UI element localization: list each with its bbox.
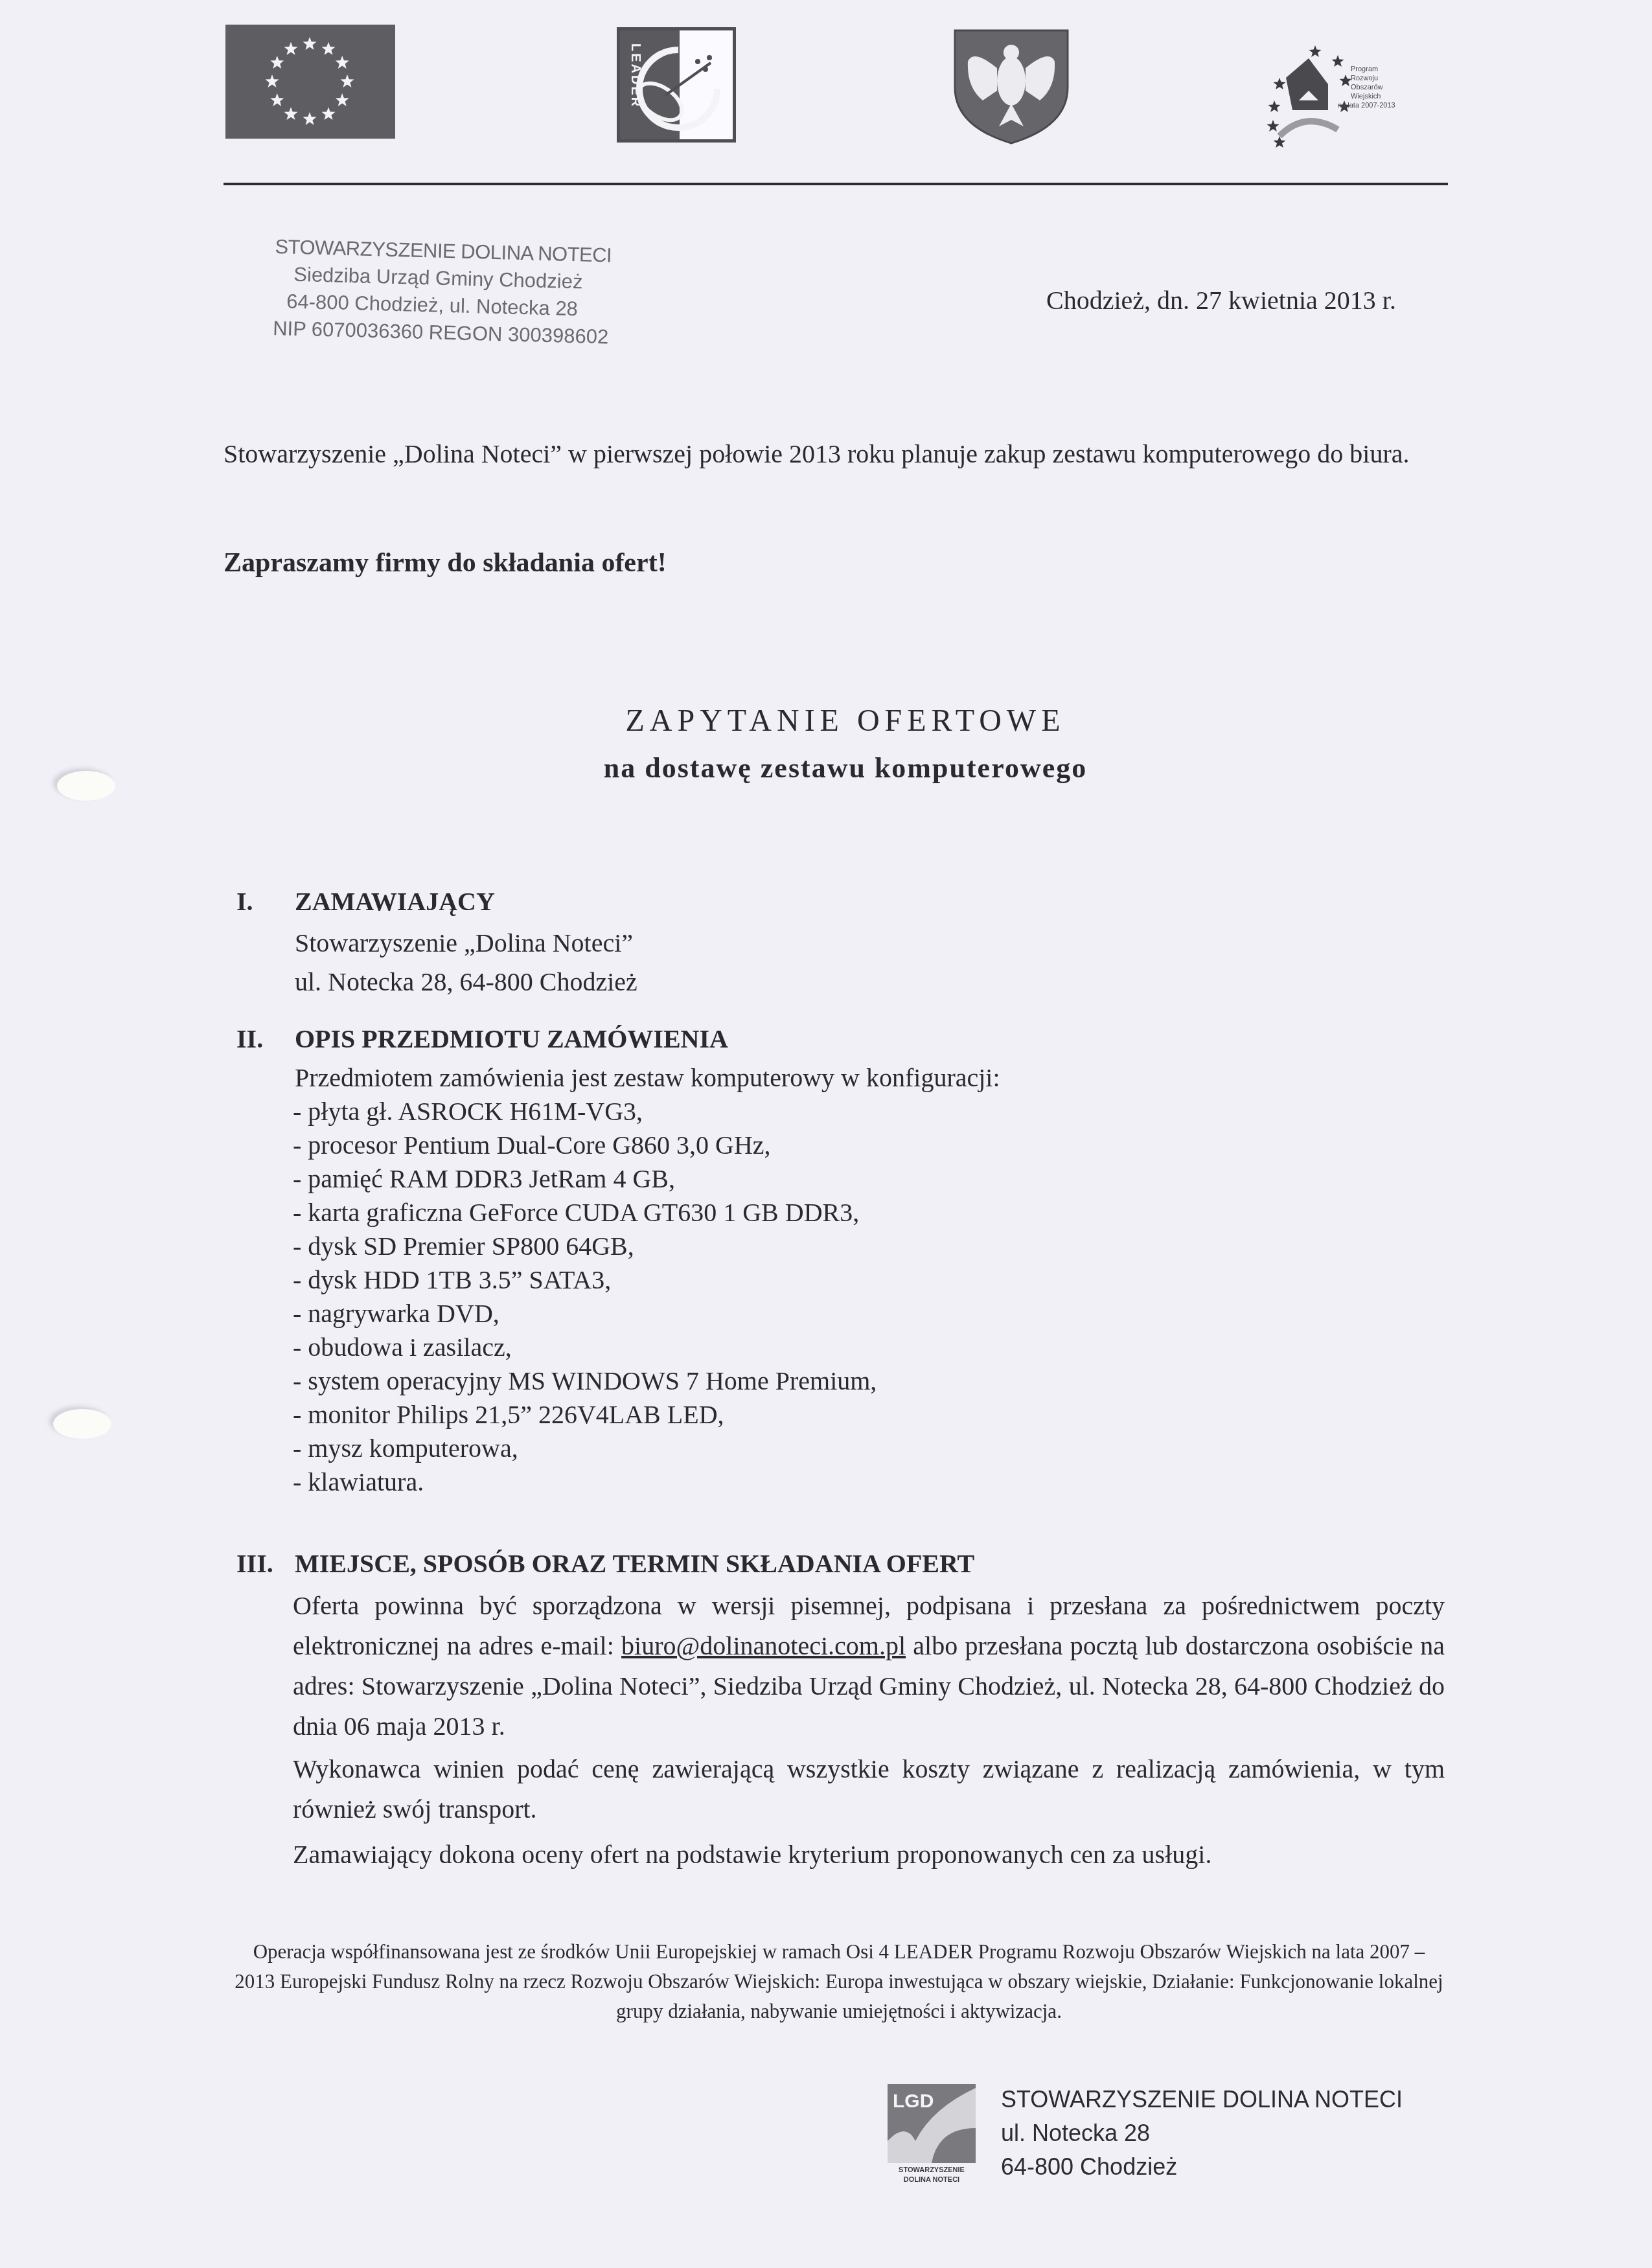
svg-text:LGD: LGD — [893, 2090, 934, 2112]
lgd-emblem-icon: LGD STOWARZYSZENIE DOLINA NOTECI — [886, 2083, 977, 2186]
footer-city: 64-800 Chodzież — [1001, 2150, 1403, 2184]
footer-street: ul. Notecka 28 — [1001, 2116, 1403, 2150]
invitation-text: Zapraszamy firmy do składania ofert! — [224, 547, 667, 578]
header-divider — [224, 183, 1448, 185]
configuration-item: - mysz komputerowa, — [293, 1433, 518, 1463]
prow-logo: Program Rozwoju Obszarów Wiejskich na la… — [1260, 39, 1448, 149]
section-number: III. — [236, 1548, 273, 1579]
email-link[interactable]: biuro@dolinanoteci.com.pl — [621, 1631, 906, 1660]
section-number: II. — [236, 1024, 263, 1054]
footer-address: STOWARZYSZENIE DOLINA NOTECI ul. Notecka… — [1001, 2083, 1403, 2184]
leader-logo: LEADER — [617, 27, 736, 143]
svg-text:DOLINA NOTECI: DOLINA NOTECI — [904, 2176, 959, 2184]
section-number: I. — [236, 886, 253, 917]
lgd-logo: LGD STOWARZYSZENIE DOLINA NOTECI — [886, 2083, 977, 2186]
eu-stars-icon — [225, 25, 395, 139]
section-line: ul. Notecka 28, 64-800 Chodzież — [295, 967, 637, 997]
price-paragraph: Wykonawca winien podać cenę zawierającą … — [293, 1749, 1445, 1829]
document-title: ZAPYTANIE OFERTOWE — [0, 703, 1652, 739]
configuration-item: - monitor Philips 21,5” 226V4LAB LED, — [293, 1399, 724, 1430]
configuration-item: - pamięć RAM DDR3 JetRam 4 GB, — [293, 1163, 675, 1194]
configuration-item: - nagrywarka DVD, — [293, 1298, 499, 1329]
configuration-item: - dysk HDD 1TB 3.5” SATA3, — [293, 1265, 611, 1295]
funding-note: Operacja współfinansowana jest ze środkó… — [233, 1937, 1445, 2026]
section-heading: OPIS PRZEDMIOTU ZAMÓWIENIA — [295, 1024, 728, 1054]
configuration-item: - płyta gł. ASROCK H61M-VG3, — [293, 1096, 643, 1127]
punch-hole-bottom — [53, 1409, 111, 1439]
prow-caption: Program Rozwoju Obszarów Wiejskich na la… — [1351, 65, 1395, 110]
section-heading: MIEJSCE, SPOSÓB ORAZ TERMIN SKŁADANIA OF… — [295, 1548, 974, 1579]
configuration-item: - dysk SD Premier SP800 64GB, — [293, 1231, 634, 1261]
svg-text:STOWARZYSZENIE: STOWARZYSZENIE — [899, 2166, 965, 2174]
intro-paragraph: Stowarzyszenie „Dolina Noteci” w pierwsz… — [224, 434, 1451, 474]
configuration-item: - procesor Pentium Dual-Core G860 3,0 GH… — [293, 1130, 771, 1160]
eagle-shield-icon — [954, 29, 1069, 144]
section-heading: ZAMAWIAJĄCY — [295, 886, 495, 917]
prow-stars-house-icon — [1260, 39, 1351, 149]
document-subtitle: na dostawę zestawu komputerowego — [0, 751, 1652, 785]
leader-emblem-icon: LEADER — [620, 30, 733, 139]
submission-paragraph: Oferta powinna być sporządzona w wersji … — [293, 1586, 1445, 1747]
section-line: Stowarzyszenie „Dolina Noteci” — [295, 928, 633, 958]
configuration-item: - system operacyjny MS WINDOWS 7 Home Pr… — [293, 1366, 877, 1396]
configuration-item: - karta graficzna GeForce CUDA GT630 1 G… — [293, 1197, 859, 1228]
section-intro: Przedmiotem zamówienia jest zestaw kompu… — [295, 1062, 1000, 1093]
organization-stamp: STOWARZYSZENIE DOLINA NOTECI Siedziba Ur… — [273, 233, 612, 351]
coat-of-arms-logo — [954, 29, 1069, 144]
evaluation-paragraph: Zamawiający dokona oceny ofert na podsta… — [293, 1835, 1445, 1875]
eu-flag-logo — [225, 25, 395, 139]
configuration-item: - klawiatura. — [293, 1467, 424, 1497]
configuration-item: - obudowa i zasilacz, — [293, 1332, 512, 1362]
footer-org: STOWARZYSZENIE DOLINA NOTECI — [1001, 2083, 1403, 2116]
document-date: Chodzież, dn. 27 kwietnia 2013 r. — [1046, 285, 1396, 315]
